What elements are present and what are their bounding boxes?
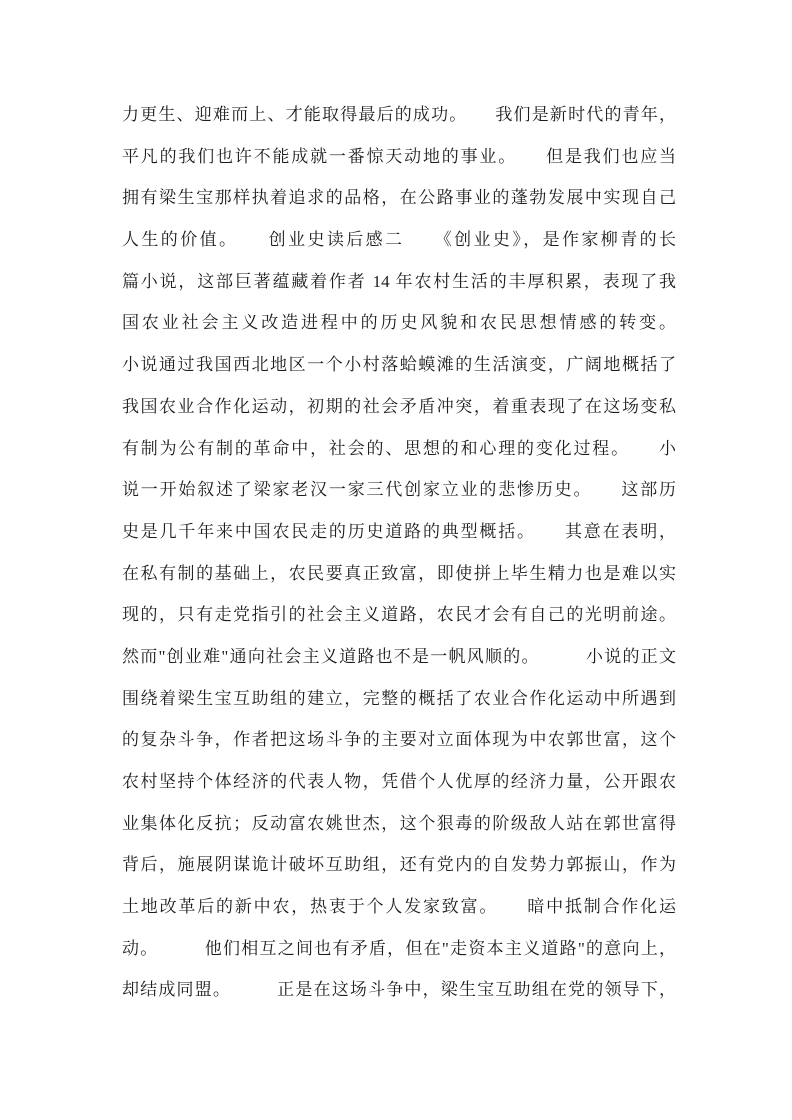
- document-text: 力更生、迎难而上、才能取得最后的成功。 我们是新时代的青年， 平凡的我们也许不能…: [122, 94, 676, 1011]
- text-line: 业集体化反抗；反动富农姚世杰，这个狠毒的阶级敌人站在郭世富得: [122, 803, 676, 845]
- text-line: 围绕着梁生宝互助组的建立，完整的概括了农业合作化运动中所遇到: [122, 678, 676, 720]
- text-line: 国农业社会主义改造进程中的历史风貌和农民思想情感的转变。: [122, 302, 676, 344]
- text-line: 有制为公有制的革命中，社会的、思想的和心理的变化过程。 小: [122, 428, 676, 470]
- text-line: 土地改革后的新中农，热衷于个人发家致富。 暗中抵制合作化运: [122, 886, 676, 928]
- text-line: 拥有梁生宝那样执着追求的品格，在公路事业的蓬勃发展中实现自己: [122, 177, 676, 219]
- text-line: 动。 他们相互之间也有矛盾，但在"走资本主义道路"的意向上，: [122, 928, 676, 970]
- text-line: 人生的价值。 创业史读后感二 《创业史》，是作家柳青的长: [122, 219, 676, 261]
- text-line: 背后，施展阴谋诡计破坏互助组，还有党内的自发势力郭振山，作为: [122, 844, 676, 886]
- text-line: 史是几千年来中国农民走的历史道路的典型概括。 其意在表明，: [122, 511, 676, 553]
- text-line: 我国农业合作化运动，初期的社会矛盾冲突，着重表现了在这场变私: [122, 386, 676, 428]
- text-line: 篇小说，这部巨著蕴藏着作者 14 年农村生活的丰厚积累，表现了我: [122, 261, 676, 303]
- text-line: 在私有制的基础上，农民要真正致富，即使拼上毕生精力也是难以实: [122, 553, 676, 595]
- document-page: 力更生、迎难而上、才能取得最后的成功。 我们是新时代的青年， 平凡的我们也许不能…: [0, 0, 792, 1120]
- text-line: 然而"创业难"通向社会主义道路也不是一帆风顺的。 小说的正文: [122, 636, 676, 678]
- text-line: 的复杂斗争，作者把这场斗争的主要对立面体现为中农郭世富，这个: [122, 719, 676, 761]
- text-line: 农村坚持个体经济的代表人物，凭借个人优厚的经济力量，公开跟农: [122, 761, 676, 803]
- text-line: 力更生、迎难而上、才能取得最后的成功。 我们是新时代的青年，: [122, 94, 676, 136]
- text-line: 现的，只有走党指引的社会主义道路，农民才会有自己的光明前途。: [122, 594, 676, 636]
- text-line: 说一开始叙述了梁家老汉一家三代创家立业的悲惨历史。 这部历: [122, 469, 676, 511]
- text-line: 小说通过我国西北地区一个小村落蛤蟆滩的生活演变，广阔地概括了: [122, 344, 676, 386]
- text-line: 平凡的我们也许不能成就一番惊天动地的事业。 但是我们也应当: [122, 136, 676, 178]
- text-line: 却结成同盟。 正是在这场斗争中，梁生宝互助组在党的领导下，: [122, 969, 676, 1011]
